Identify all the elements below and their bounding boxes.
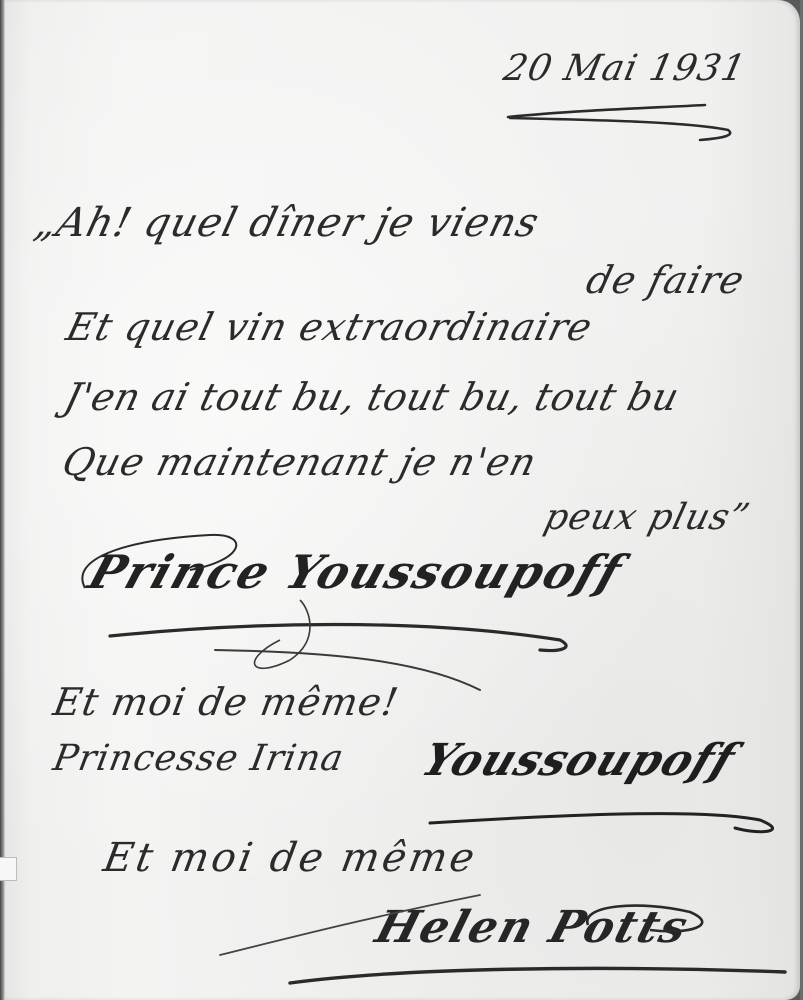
prince-signature-underline-1 [110, 625, 566, 651]
guestbook-page: 20 Mai 1931 „Ah! quel dîner je viens de … [0, 0, 800, 1000]
quote-line-1-continuation: de faire [582, 258, 749, 302]
entry-date: 20 Mai 1931 [500, 48, 750, 89]
page-binding-edge [0, 0, 5, 1000]
date-underline-flourish [508, 105, 730, 140]
prince-signature-y-loop [255, 600, 310, 668]
quote-line-4: Que maintenant je n'en [58, 440, 541, 484]
signature-2-surname: Youssoupoff [415, 735, 742, 786]
quote-line-1: „Ah! quel dîner je viens [30, 200, 544, 246]
quote-line-4-continuation: peux plus” [540, 497, 754, 538]
signature-helen-potts: Helen Potts [370, 902, 695, 953]
signature-2-title-name: Princesse Irina [50, 738, 347, 779]
quote-line-3: J'en ai tout bu, tout bu, tout bu [60, 375, 684, 419]
helen-signature-underline [290, 968, 785, 983]
signature-prince-youssoupoff: Prince Youssoupoff [82, 545, 630, 599]
irina-signature-underline [430, 814, 773, 832]
binding-tab [0, 857, 17, 881]
quote-line-2: Et quel vin extraordinaire [62, 305, 597, 349]
signature-3-preface: Et moi de même [100, 835, 481, 881]
signature-2-preface: Et moi de même! [50, 680, 402, 724]
